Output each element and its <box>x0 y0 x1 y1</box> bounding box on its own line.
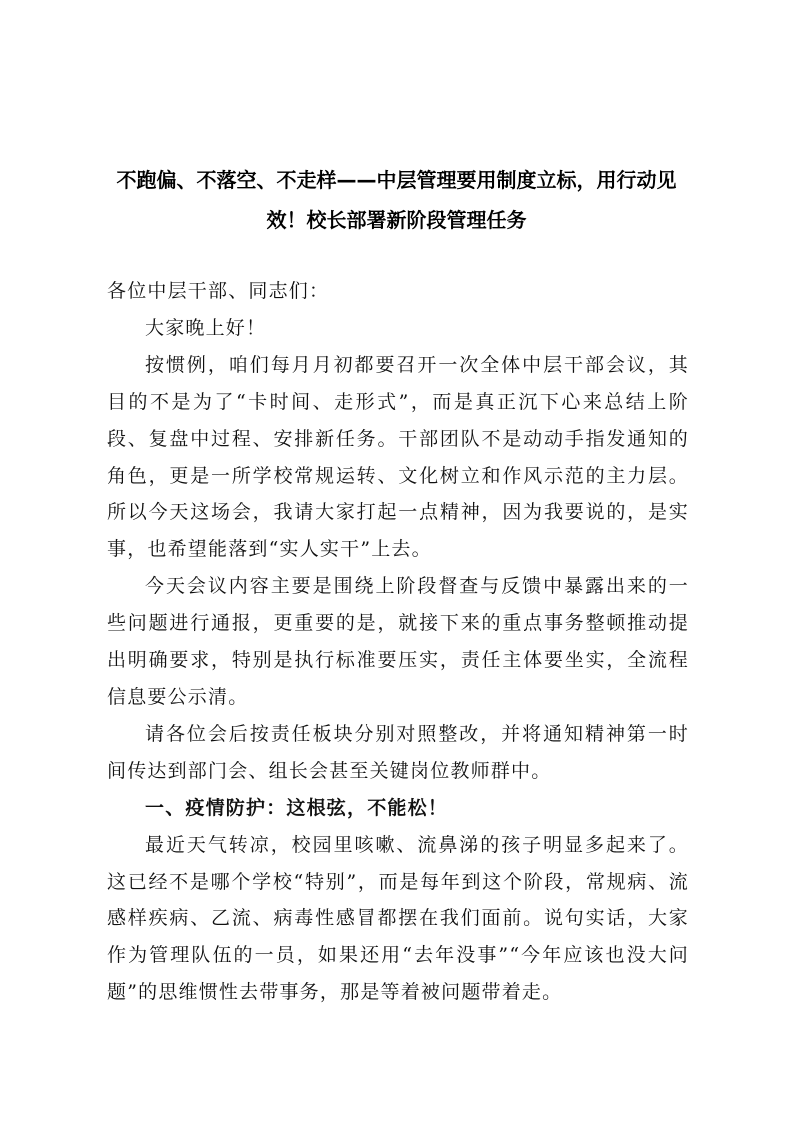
paragraph-intro: 按惯例，咱们每月月初都要召开一次全体中层干部会议，其目的不是为了“卡时间、走形式… <box>107 347 689 568</box>
paragraph-agenda: 今天会议内容主要是围绕上阶段督查与反馈中暴露出来的一些问题进行通报，更重要的是，… <box>107 568 689 716</box>
paragraph-greeting: 大家晚上好！ <box>107 310 689 347</box>
document-body: 各位中层干部、同志们： 大家晚上好！ 按惯例，咱们每月月初都要召开一次全体中层干… <box>107 273 689 1011</box>
paragraph-instruction: 请各位会后按责任板块分别对照整改，并将通知精神第一时间传达到部门会、组长会甚至关… <box>107 716 689 790</box>
document-title: 不跑偏、不落空、不走样——中层管理要用制度立标，用行动见效！校长部署新阶段管理任… <box>100 160 693 240</box>
salutation: 各位中层干部、同志们： <box>107 273 689 310</box>
paragraph-epidemic: 最近天气转凉，校园里咳嗽、流鼻涕的孩子明显多起来了。这已经不是哪个学校“特别”，… <box>107 827 689 1012</box>
document-page: 不跑偏、不落空、不走样——中层管理要用制度立标，用行动见效！校长部署新阶段管理任… <box>0 0 793 1122</box>
section-heading-epidemic: 一、疫情防护：这根弦，不能松！ <box>107 790 689 827</box>
